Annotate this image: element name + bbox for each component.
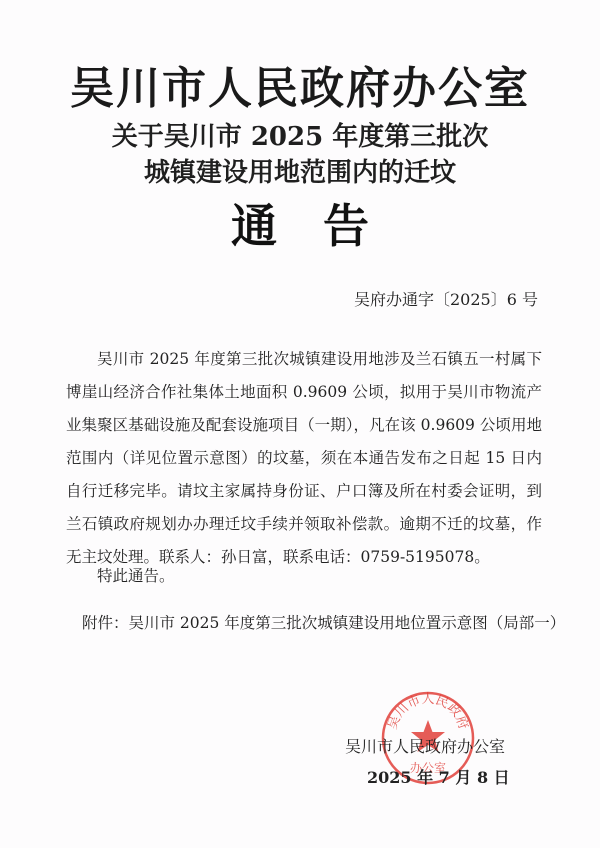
closing-line: 特此通告。 [97,564,175,586]
signature-organization: 吴川市人民政府办公室 [345,734,505,757]
signature-date: 2025 年 7 月 8 日 [367,765,510,788]
body-paragraph: 吴川市 2025 年度第三批次城镇建设用地涉及兰石镇五一村属下博崖山经济合作社集… [66,343,542,574]
attachment-line: 附件：吴川市 2025 年度第三批次城镇建设用地位置示意图（局部一） [82,611,565,633]
notice-heading: 通告 [0,190,600,256]
subtitle-line-1: 关于吴川市 2025 年度第三批次 [0,116,600,153]
subtitle-line-2: 城镇建设用地范围内的迁坟 [0,152,600,189]
issuer-header: 吴川市人民政府办公室 [0,52,600,116]
document-number: 吴府办通字〔2025〕6 号 [354,287,538,310]
